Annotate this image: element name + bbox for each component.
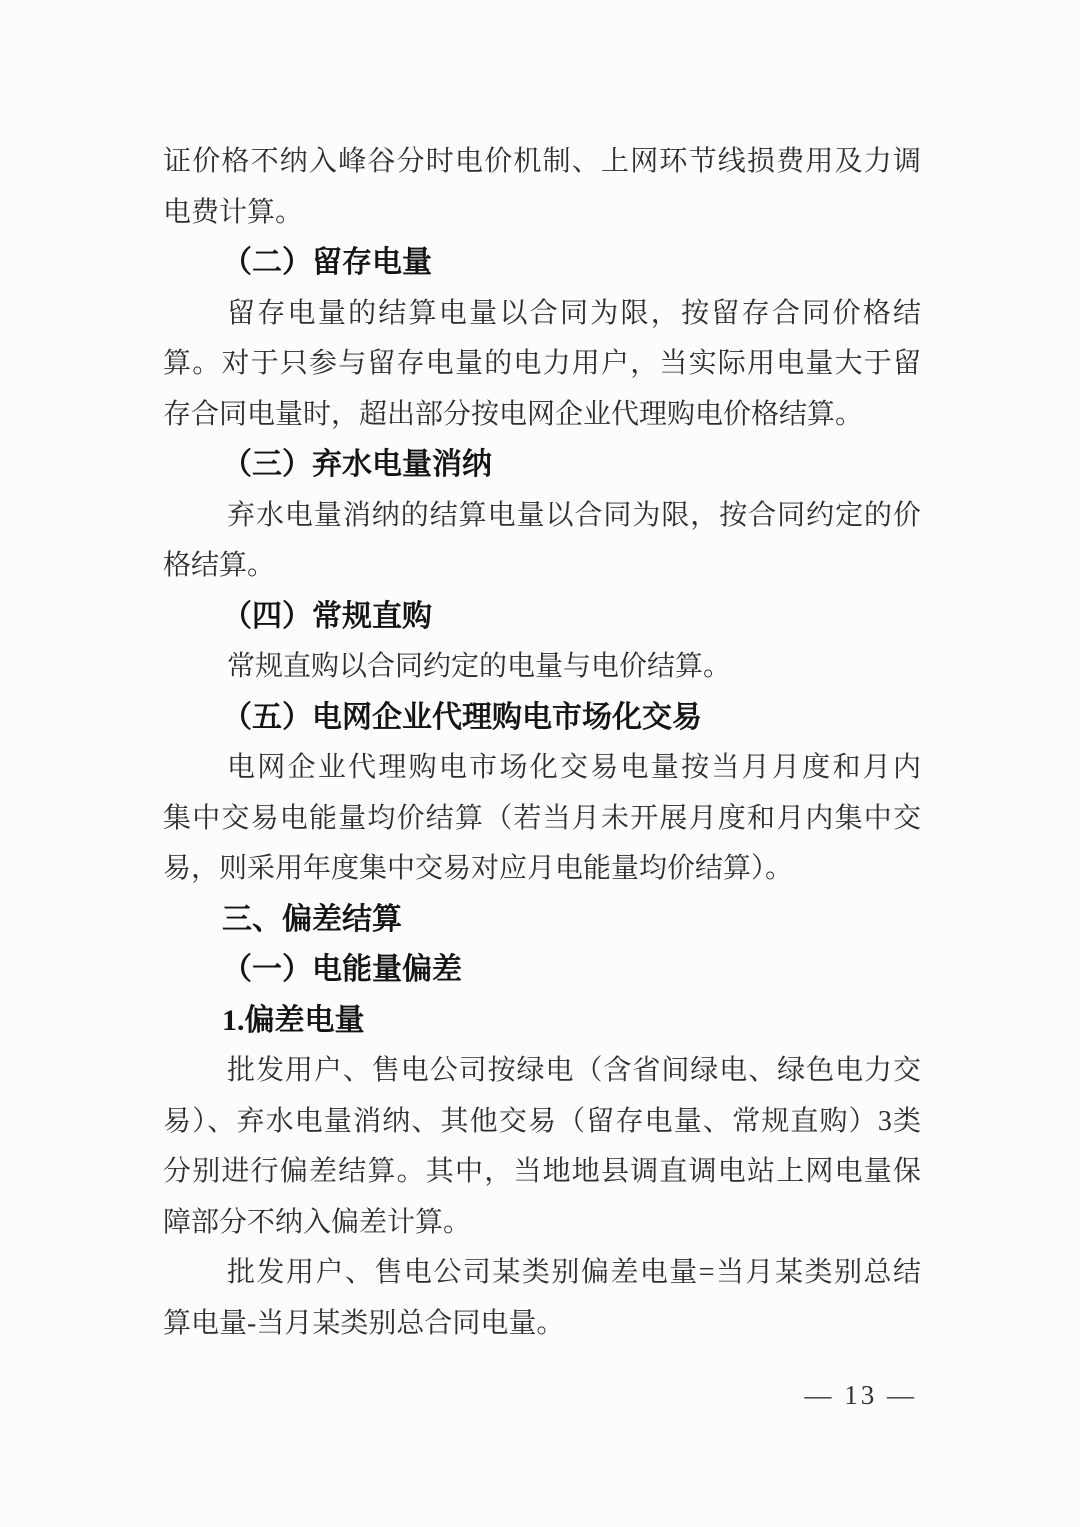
text-line: 电费计算。	[163, 188, 921, 239]
subsection-heading: 1.偏差电量	[163, 996, 921, 1047]
page-number: — 13 —	[805, 1378, 918, 1412]
text-line: 电网企业代理购电市场化交易电量按当月月度和月内	[163, 743, 921, 794]
text-line: 障部分不纳入偏差计算。	[163, 1198, 921, 1249]
text-line: 常规直购以合同约定的电量与电价结算。	[163, 642, 921, 693]
text-line: 证价格不纳入峰谷分时电价机制、上网环节线损费用及力调	[163, 137, 921, 188]
text-line: 弃水电量消纳的结算电量以合同为限，按合同约定的价	[163, 491, 921, 542]
text-line: 格结算。	[163, 541, 921, 592]
text-line: 集中交易电能量均价结算（若当月未开展月度和月内集中交	[163, 794, 921, 845]
text-line: 批发用户、售电公司按绿电（含省间绿电、绿色电力交	[163, 1046, 921, 1097]
chapter-heading: 三、偏差结算	[163, 895, 921, 946]
text-line: 分别进行偏差结算。其中，当地地县调直调电站上网电量保	[163, 1147, 921, 1198]
section-heading: （三）弃水电量消纳	[163, 440, 921, 491]
text-line: 易）、弃水电量消纳、其他交易（留存电量、常规直购）3类	[163, 1097, 921, 1148]
document-body: 证价格不纳入峰谷分时电价机制、上网环节线损费用及力调 电费计算。 （二）留存电量…	[163, 137, 921, 1349]
section-heading: （二）留存电量	[163, 238, 921, 289]
section-heading: （五）电网企业代理购电市场化交易	[163, 693, 921, 744]
text-line: 存合同电量时，超出部分按电网企业代理购电价格结算。	[163, 390, 921, 441]
document-page: 证价格不纳入峰谷分时电价机制、上网环节线损费用及力调 电费计算。 （二）留存电量…	[0, 0, 1080, 1527]
text-line: 留存电量的结算电量以合同为限，按留存合同价格结	[163, 289, 921, 340]
section-heading: （一）电能量偏差	[163, 945, 921, 996]
text-line: 算。对于只参与留存电量的电力用户，当实际用电量大于留	[163, 339, 921, 390]
text-line: 易，则采用年度集中交易对应月电能量均价结算）。	[163, 844, 921, 895]
text-line: 算电量-当月某类别总合同电量。	[163, 1299, 921, 1350]
section-heading: （四）常规直购	[163, 592, 921, 643]
text-line: 批发用户、售电公司某类别偏差电量=当月某类别总结	[163, 1248, 921, 1299]
